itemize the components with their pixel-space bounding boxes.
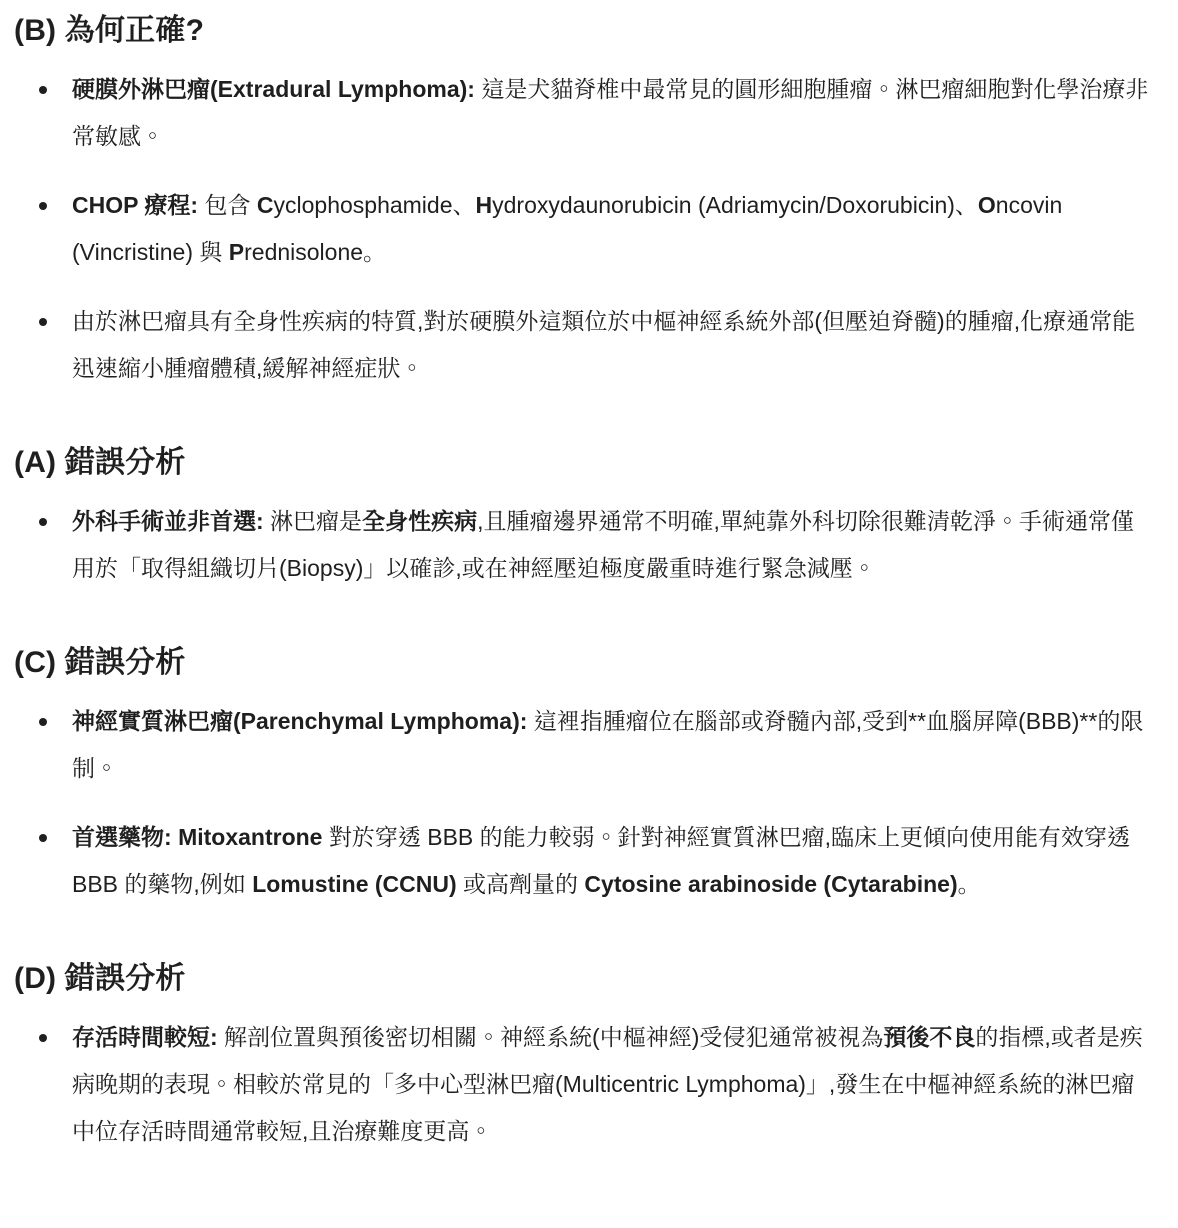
text: 包含 [198, 192, 257, 218]
bold-text: P [229, 239, 244, 265]
bold-text: 首選藥物: [72, 824, 172, 850]
bold-text: CHOP 療程: [72, 192, 198, 218]
text: 。 [958, 871, 981, 897]
text: 解剖位置與預後密切相關。神經系統(中樞神經)受侵犯通常被視為 [218, 1024, 884, 1050]
bold-text: 預後不良 [883, 1024, 975, 1050]
bullet-icon [39, 86, 47, 94]
bold-text: O [978, 192, 996, 218]
bold-text: 全身性疾病 [362, 508, 477, 534]
text: 或高劑量的 [457, 871, 585, 897]
text: 淋巴瘤是 [264, 508, 362, 534]
bullet-icon [39, 718, 47, 726]
section-heading-C: (C) 錯誤分析 [14, 644, 1156, 682]
list-item-text: 由於淋巴瘤具有全身性疾病的特質,對於硬膜外這類位於中樞神經系統外部(但壓迫脊髓)… [72, 308, 1135, 381]
list-item-text: 硬膜外淋巴瘤(Extradural Lymphoma): 這是犬貓脊椎中最常見的… [72, 76, 1148, 149]
section-heading-A: (A) 錯誤分析 [14, 444, 1156, 482]
bullet-icon [39, 834, 47, 842]
bold-text: Mitoxantrone [178, 824, 322, 850]
list-item-text: 存活時間較短: 解剖位置與預後密切相關。神經系統(中樞神經)受侵犯通常被視為預後… [72, 1024, 1143, 1144]
section-heading-D: (D) 錯誤分析 [14, 960, 1156, 998]
bold-text: Cytosine arabinoside (Cytarabine) [584, 871, 957, 897]
list-item: 神經實質淋巴瘤(Parenchymal Lymphoma): 這裡指腫瘤位在腦部… [72, 698, 1156, 792]
list-item: 首選藥物: Mitoxantrone 對於穿透 BBB 的能力較弱。針對神經實質… [72, 814, 1156, 908]
bold-text: C [257, 192, 274, 218]
bullet-icon [39, 202, 47, 210]
list-item-text: 外科手術並非首選: 淋巴瘤是全身性疾病,且腫瘤邊界通常不明確,單純靠外科切除很難… [72, 508, 1134, 581]
list-item: 由於淋巴瘤具有全身性疾病的特質,對於硬膜外這類位於中樞神經系統外部(但壓迫脊髓)… [72, 298, 1156, 392]
text: yclophosphamide、 [274, 192, 476, 218]
bullet-icon [39, 318, 47, 326]
bold-text: Lomustine (CCNU) [252, 871, 456, 897]
bullet-list: 外科手術並非首選: 淋巴瘤是全身性疾病,且腫瘤邊界通常不明確,單純靠外科切除很難… [14, 498, 1156, 592]
list-item-text: 首選藥物: Mitoxantrone 對於穿透 BBB 的能力較弱。針對神經實質… [72, 824, 1130, 897]
bullet-icon [39, 1034, 47, 1042]
bold-text: 硬膜外淋巴瘤(Extradural Lymphoma): [72, 76, 475, 102]
list-item: CHOP 療程: 包含 Cyclophosphamide、Hydroxydaun… [72, 182, 1156, 276]
document-content: (B) 為何正確?硬膜外淋巴瘤(Extradural Lymphoma): 這是… [14, 12, 1156, 1155]
text: ydroxydaunorubicin (Adriamycin/Doxorubic… [492, 192, 978, 218]
list-item: 硬膜外淋巴瘤(Extradural Lymphoma): 這是犬貓脊椎中最常見的… [72, 66, 1156, 160]
section-heading-B: (B) 為何正確? [14, 12, 1156, 50]
bold-text: 存活時間較短: [72, 1024, 218, 1050]
bullet-list: 神經實質淋巴瘤(Parenchymal Lymphoma): 這裡指腫瘤位在腦部… [14, 698, 1156, 908]
bullet-list: 硬膜外淋巴瘤(Extradural Lymphoma): 這是犬貓脊椎中最常見的… [14, 66, 1156, 392]
text: rednisolone。 [244, 239, 386, 265]
bullet-list: 存活時間較短: 解剖位置與預後密切相關。神經系統(中樞神經)受侵犯通常被視為預後… [14, 1014, 1156, 1155]
text: 由於淋巴瘤具有全身性疾病的特質,對於硬膜外這類位於中樞神經系統外部(但壓迫脊髓)… [72, 308, 1135, 381]
bold-text: 外科手術並非首選: [72, 508, 264, 534]
list-item: 存活時間較短: 解剖位置與預後密切相關。神經系統(中樞神經)受侵犯通常被視為預後… [72, 1014, 1156, 1155]
bullet-icon [39, 518, 47, 526]
bold-text: H [476, 192, 493, 218]
list-item: 外科手術並非首選: 淋巴瘤是全身性疾病,且腫瘤邊界通常不明確,單純靠外科切除很難… [72, 498, 1156, 592]
list-item-text: CHOP 療程: 包含 Cyclophosphamide、Hydroxydaun… [72, 192, 1062, 265]
bold-text: 神經實質淋巴瘤(Parenchymal Lymphoma): [72, 708, 527, 734]
answer-document: (B) 為何正確?硬膜外淋巴瘤(Extradural Lymphoma): 這是… [0, 0, 1178, 1175]
list-item-text: 神經實質淋巴瘤(Parenchymal Lymphoma): 這裡指腫瘤位在腦部… [72, 708, 1143, 781]
